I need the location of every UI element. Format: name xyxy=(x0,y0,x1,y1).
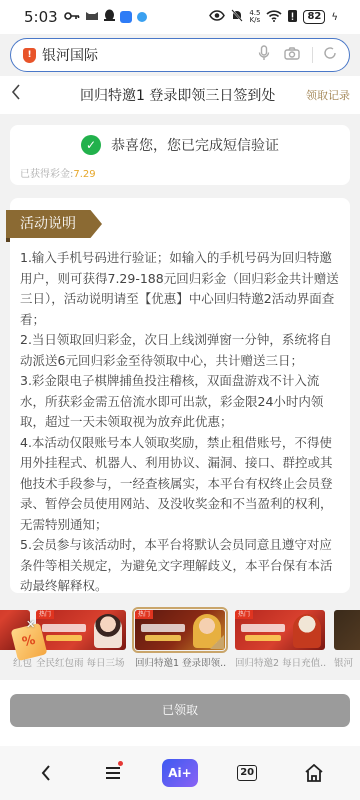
notification-dot xyxy=(118,761,123,766)
claimed-button[interactable]: 已领取 xyxy=(10,694,350,727)
activity-rules: 1.输入手机号码进行验证；如输入的手机号码为回归特邀用户，则可获得7.29-18… xyxy=(20,248,342,597)
clock: 5:03 xyxy=(24,8,58,26)
page-header: 回归特邀1 登录即领三日签到处 领取记录 xyxy=(0,76,360,114)
rule-paragraph: 2.当日领取回归彩金，次日上线浏弹窗一分钟，系统将自动派送6元回归彩金至待领取中… xyxy=(20,330,342,371)
rule-paragraph: 1.输入手机号码进行验证；如输入的手机号码为回归特邀用户，则可获得7.29-18… xyxy=(20,248,342,330)
status-bar: 5:03 4.5 K/s 82 ϟ xyxy=(0,0,360,34)
promo-banner-image xyxy=(334,610,360,650)
success-message: 恭喜您，您已完成短信验证 xyxy=(111,135,279,155)
earned-label: 已获得彩金: xyxy=(20,169,73,180)
wifi-icon xyxy=(266,10,282,25)
banner-text-block xyxy=(245,635,281,641)
cat-app-icon xyxy=(85,9,99,25)
bottom-action-bar: 已领取 xyxy=(0,680,360,746)
promo-label: 回归特邀2 每日充值... xyxy=(235,655,327,669)
sim-alert-icon xyxy=(288,10,297,25)
verification-success-card: ✓ 恭喜您，您已完成短信验证 已获得彩金:7.29 xyxy=(10,125,350,185)
promo-card-selected[interactable]: 热门 ✓ 回归特邀1 登录即领... xyxy=(135,610,227,670)
rule-paragraph: 3.彩金限电子棋牌捕鱼投注稽核，双面盘游戏不计入流水，所获彩金需五倍流水即可出款… xyxy=(20,371,342,433)
key-icon xyxy=(64,9,80,25)
eye-icon xyxy=(209,10,225,24)
home-icon xyxy=(304,764,324,782)
chevron-left-icon xyxy=(10,82,22,102)
back-button[interactable] xyxy=(10,82,22,107)
earned-bonus: 已获得彩金:7.29 xyxy=(20,165,96,180)
network-speed: 4.5 K/s xyxy=(249,10,260,24)
browser-app-icon xyxy=(137,12,147,22)
address-text[interactable]: 银河国际 xyxy=(42,45,244,65)
message-app-icon xyxy=(120,11,132,23)
menu-button[interactable] xyxy=(91,755,135,791)
hot-badge: 热门 xyxy=(135,610,153,619)
ai-assistant-button[interactable]: Ai+ xyxy=(158,755,202,791)
close-icon[interactable]: ✕ xyxy=(26,618,35,631)
earned-amount: 7.29 xyxy=(73,169,95,180)
claim-records-link[interactable]: 领取记录 xyxy=(306,87,350,103)
divider xyxy=(312,47,313,63)
charging-icon: ϟ xyxy=(331,12,338,23)
system-icons: 4.5 K/s 82 ϟ xyxy=(209,9,338,25)
tabs-button[interactable]: 20 xyxy=(225,755,269,791)
reload-icon[interactable] xyxy=(323,46,337,64)
tag-fold-decoration xyxy=(6,238,10,242)
notification-icons xyxy=(64,9,147,26)
promo-label: 回归特邀1 登录即领... xyxy=(135,655,227,669)
security-warning-icon: ! xyxy=(23,48,36,63)
banner-text-block xyxy=(241,624,285,632)
check-circle-icon: ✓ xyxy=(81,135,101,155)
activity-description-card: 活动说明 1.输入手机号码进行验证；如输入的手机号码为回归特邀用户，则可获得7.… xyxy=(10,198,350,593)
promo-banner-image: 热门 ✓ xyxy=(135,610,225,650)
browser-navigation-bar: Ai+ 20 xyxy=(0,746,360,800)
promo-card[interactable]: 银河 xyxy=(334,610,360,670)
page-title: 回归特邀1 登录即领三日签到处 xyxy=(80,85,275,105)
mute-bell-icon xyxy=(231,9,243,25)
promo-label: 银河 xyxy=(334,655,360,669)
floating-coupon-widget[interactable]: % ✕ xyxy=(10,618,50,664)
microphone-icon[interactable] xyxy=(258,45,270,65)
browser-back-button[interactable] xyxy=(24,755,68,791)
hamburger-menu-icon xyxy=(105,766,121,780)
home-button[interactable] xyxy=(292,755,336,791)
success-row: ✓ 恭喜您，您已完成短信验证 xyxy=(10,135,350,155)
hot-badge: 热门 xyxy=(235,610,253,619)
chevron-left-icon xyxy=(40,764,52,782)
banner-text-block xyxy=(141,624,185,632)
battery-indicator: 82 xyxy=(303,10,325,24)
promo-banner-image: 热门 xyxy=(235,610,325,650)
promotions-carousel[interactable]: 热门 红包 热门 全民红包雨 每日三场 热门 ✓ 回归特邀1 登录即领... 热… xyxy=(0,606,360,670)
qq-icon xyxy=(104,9,115,26)
banner-text-block xyxy=(145,635,181,641)
banner-text-block xyxy=(46,635,82,641)
address-bar[interactable]: ! 银河国际 xyxy=(10,38,350,72)
rule-paragraph: 5.会员参与该活动时，本平台将默认会员同意且遵守对应条件等相关规定，为避免文字理… xyxy=(20,535,342,597)
banner-figure xyxy=(94,614,122,648)
rule-paragraph: 4.本活动仅限账号本人领取奖励，禁止租借账号，不得使用外挂程式、机器人、利用协议… xyxy=(20,433,342,536)
tabs-count-icon: 20 xyxy=(237,765,257,781)
ai-plus-icon: Ai+ xyxy=(162,759,198,787)
banner-figure xyxy=(293,614,321,648)
promo-card[interactable]: 热门 回归特邀2 每日充值... xyxy=(235,610,327,670)
camera-icon[interactable] xyxy=(284,47,300,64)
activity-description-tag: 活动说明 xyxy=(6,210,102,238)
